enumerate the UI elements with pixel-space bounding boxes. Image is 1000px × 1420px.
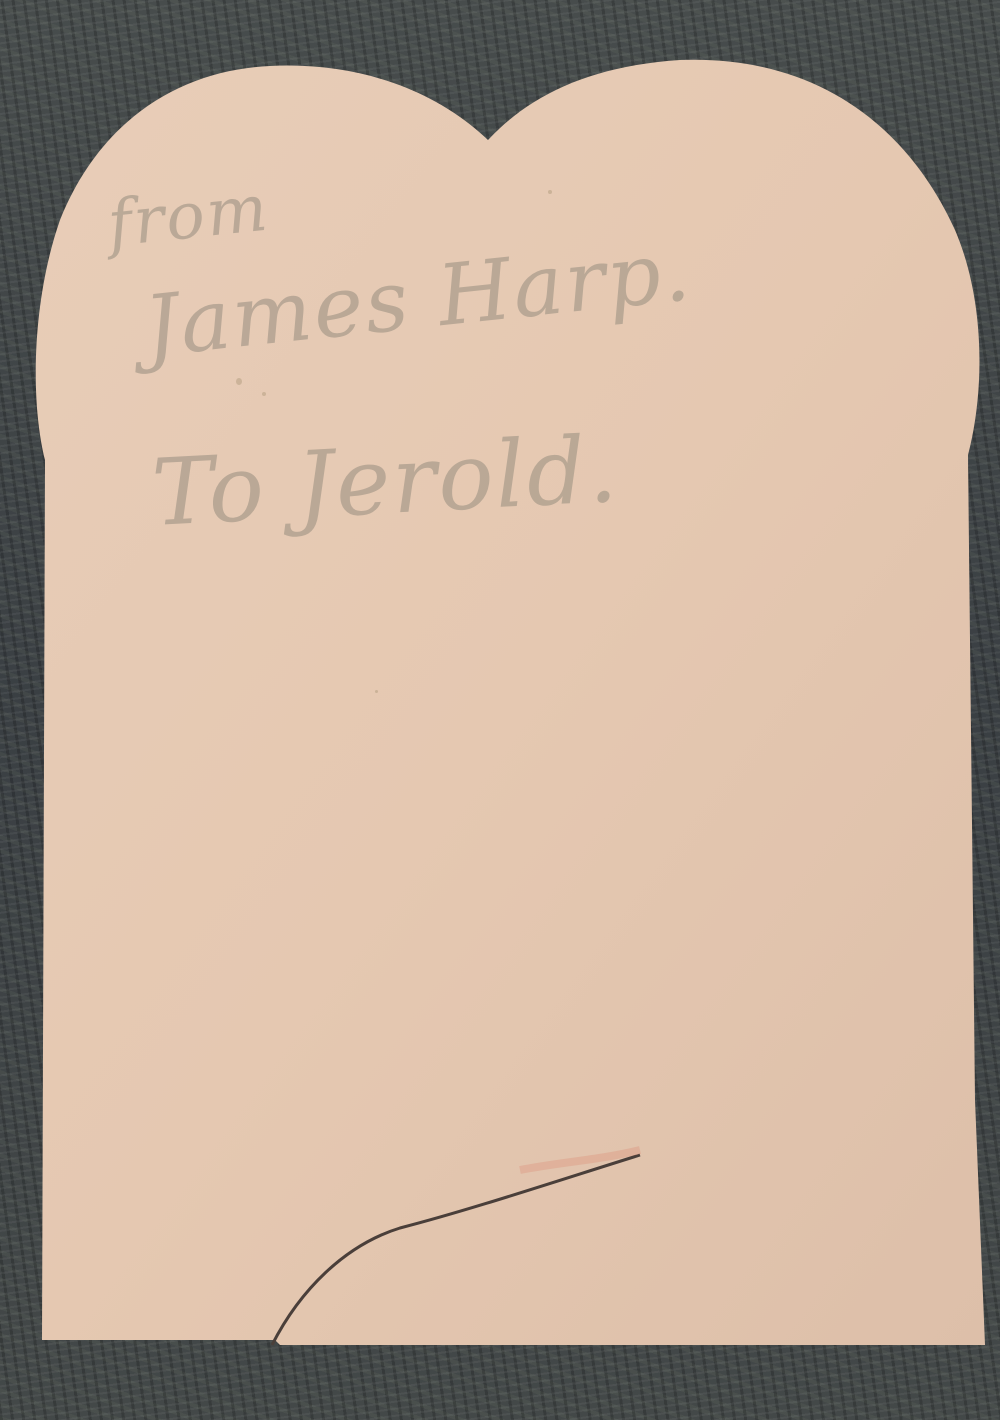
photo-scene: from James Harp. To Jerold. [0,0,1000,1420]
paper-speck [375,690,378,693]
paper-speck [262,392,266,396]
paper-speck [236,378,242,385]
paper-speck [548,190,552,194]
